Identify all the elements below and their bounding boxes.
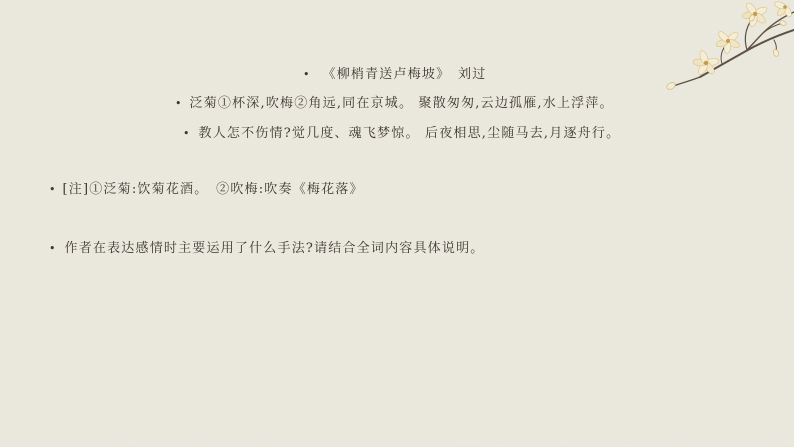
magnolia-branch-decoration [624, 0, 794, 110]
question-line: • 作者在表达感情时主要运用了什么手法?请结合全词内容具体说明。 [49, 240, 484, 257]
bullet-icon: • [49, 181, 56, 198]
presentation-slide: • 《柳梢青送卢梅坡》 刘过 • 泛菊①杯深,吹梅②角远,同在京城。 聚散匆匆,… [0, 0, 794, 447]
annotation-line: • [注]①泛菊:饮菊花酒。 ②吹梅:吹奏《梅花落》 [49, 181, 364, 198]
bullet-icon: • [303, 66, 310, 83]
poem-title-line: • 《柳梢青送卢梅坡》 刘过 [303, 66, 486, 83]
bullet-icon: • [183, 125, 190, 142]
poem-verse-2-text: 教人怎不伤情?觉几度、魂飞梦惊。 后夜相思,尘随马去,月逐舟行。 [199, 125, 621, 142]
bullet-icon: • [49, 240, 56, 257]
poem-verse-1-text: 泛菊①杯深,吹梅②角远,同在京城。 聚散匆匆,云边孤雁,水上浮萍。 [190, 95, 614, 112]
annotation-text: [注]①泛菊:饮菊花酒。 ②吹梅:吹奏《梅花落》 [63, 181, 364, 198]
poem-title-text: 《柳梢青送卢梅坡》 刘过 [323, 66, 487, 83]
poem-verse-line-1: • 泛菊①杯深,吹梅②角远,同在京城。 聚散匆匆,云边孤雁,水上浮萍。 [175, 95, 614, 112]
question-text: 作者在表达感情时主要运用了什么手法?请结合全词内容具体说明。 [65, 240, 485, 257]
bullet-icon: • [175, 95, 182, 112]
poem-verse-line-2: • 教人怎不伤情?觉几度、魂飞梦惊。 后夜相思,尘随马去,月逐舟行。 [183, 125, 620, 142]
